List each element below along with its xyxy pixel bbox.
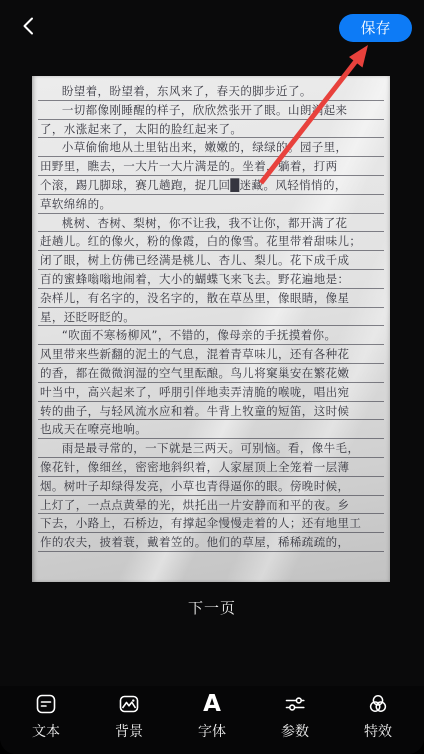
handwriting-line: 的香，都在微微润湿的空气里酝酿。鸟儿将窠巢安在繁花嫩 [38,364,384,383]
handwriting-line: 了，水涨起来了，太阳的脸红起来了。 [38,120,384,139]
document-page[interactable]: 盼望着，盼望着，东风来了，春天的脚步近了。一切都像刚睡醒的样子，欣欣然张开了眼。… [32,76,390,582]
toolbar-item-parameters[interactable]: 参数 [263,692,327,741]
blend-circles-icon [366,692,390,716]
toolbar-item-label: 参数 [281,721,309,741]
handwriting-line: 叶当中，高兴起来了，呼朋引伴地卖弄清脆的喉咙，唱出宛 [38,383,384,402]
toolbar-item-background[interactable]: 背景 [97,692,161,741]
handwriting-line: 小草偷偷地从土里钻出来，嫩嫩的，绿绿的。园子里， [38,138,384,157]
handwriting-line: 盼望着，盼望着，东风来了，春天的脚步近了。 [38,82,384,101]
handwriting-sheet: 盼望着，盼望着，东风来了，春天的脚步近了。一切都像刚睡醒的样子，欣欣然张开了眼。… [38,82,384,552]
toolbar-item-label: 特效 [364,721,392,741]
handwriting-line: 风里带来些新翻的泥土的气息，混着青草味儿，还有各种花 [38,345,384,364]
next-page-button[interactable]: 下一页 [0,597,424,618]
handwriting-line: 下去，小路上，石桥边，有撑起伞慢慢走着的人；还有地里工 [38,514,384,533]
bottom-toolbar: 文本 背景 A 字体 [0,686,424,754]
handwriting-line: “吹面不寒杨柳风”，不错的，像母亲的手抚摸着你。 [38,326,384,345]
handwriting-line: 桃树、杏树、梨树，你不让我，我不让你，都开满了花 [38,214,384,233]
handwriting-line: 草软绵绵的。 [38,195,384,214]
toolbar-item-label: 背景 [115,721,143,741]
handwriting-line: 杂样儿，有名字的，没名字的，散在草丛里，像眼睛，像星 [38,289,384,308]
save-button[interactable]: 保存 [339,14,412,42]
handwriting-line: 闭了眼，树上仿佛已经满是桃儿、杏儿、梨儿。花下成千成 [38,251,384,270]
handwriting-line: 雨是最寻常的，一下就是三两天。可别恼。看，像牛毛， [38,439,384,458]
toolbar-item-text[interactable]: 文本 [14,692,78,741]
handwriting-line: 田野里，瞧去，一大片一大片满是的。坐着，躺着，打两 [38,157,384,176]
handwriting-line: 百的蜜蜂嗡嗡地闹着，大小的蝴蝶飞来飞去。野花遍地是： [38,270,384,289]
handwriting-line: 上灯了，一点点黄晕的光，烘托出一片安静而和平的夜。乡 [38,496,384,515]
image-icon [117,692,141,716]
toolbar-item-label: 文本 [32,721,60,741]
letter-a-icon: A [203,692,221,716]
handwriting-line: 作的农夫，披着蓑，戴着笠的。他们的草屋，稀稀疏疏的， [38,533,384,552]
app-screen: 保存 盼望着，盼望着，东风来了，春天的脚步近了。一切都像刚睡醒的样子，欣欣然张开… [0,0,424,754]
handwriting-line: 赶趟儿。红的像火，粉的像霞，白的像雪。花里带着甜味儿； [38,232,384,251]
handwriting-line: 转的曲子，与轻风流水应和着。牛背上牧童的短笛，这时候 [38,402,384,421]
handwriting-line: 也成天在嘹亮地响。 [38,420,384,439]
handwriting-line: 烟。树叶子却绿得发亮，小草也青得逼你的眼。傍晚时候， [38,477,384,496]
text-box-icon [34,692,58,716]
toolbar-item-effects[interactable]: 特效 [346,692,410,741]
handwriting-line: 星，还眨呀眨的。 [38,308,384,327]
top-bar: 保存 [0,0,424,56]
toolbar-item-font[interactable]: A 字体 [180,692,244,741]
handwriting-line: 一切都像刚睡醒的样子，欣欣然张开了眼。山朗润起来 [38,101,384,120]
back-button[interactable] [14,12,44,42]
sliders-icon [283,692,307,716]
toolbar-item-label: 字体 [198,721,226,741]
chevron-left-icon [18,15,40,37]
handwriting-line: 个滚，踢几脚球，赛几趟跑，捉几回█迷藏。风轻悄悄的， [38,176,384,195]
handwriting-line: 像花针，像细丝，密密地斜织着，人家屋顶上全笼着一层薄 [38,458,384,477]
